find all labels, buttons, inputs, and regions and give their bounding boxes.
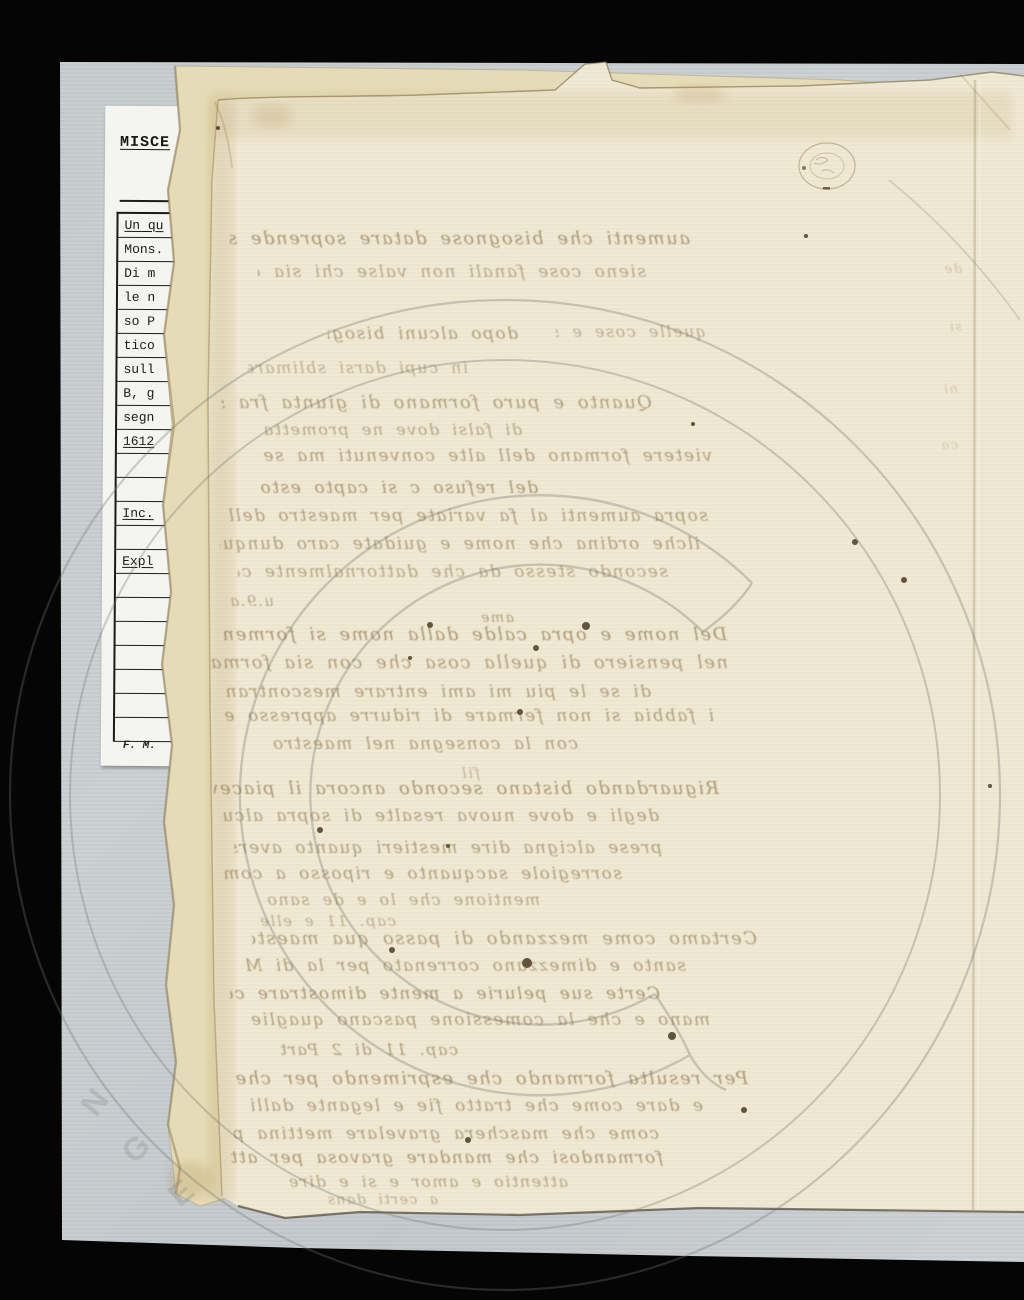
ink-spot — [804, 234, 808, 238]
photo-stage: MISCE Un quMons.Di mle nso PticosullB, g… — [0, 0, 1024, 1300]
stain-blob — [168, 1162, 212, 1198]
ink-spot — [408, 656, 412, 660]
ink-spot — [988, 784, 992, 788]
laid-paper-texture — [208, 62, 1024, 1218]
ink-spot — [582, 622, 590, 630]
ink-spot — [668, 1032, 676, 1040]
stain-blob — [252, 104, 292, 128]
ink-spot — [389, 947, 395, 953]
ink-spot — [517, 709, 523, 715]
left-fold-shadow — [208, 100, 234, 1200]
stain-blob — [674, 85, 726, 103]
ink-spot — [901, 577, 907, 583]
ink-spot — [216, 126, 220, 130]
ink-spot — [446, 844, 450, 848]
ink-spot — [533, 645, 539, 651]
top-stain-band — [212, 92, 1012, 138]
ink-spot — [522, 958, 532, 968]
ink-spot — [317, 827, 323, 833]
ink-spot — [852, 539, 858, 545]
ink-spot — [465, 1137, 471, 1143]
ink-spot — [427, 622, 433, 628]
manuscript-sheets — [0, 0, 1024, 1300]
ink-spot — [741, 1107, 747, 1113]
ink-spot — [691, 422, 695, 426]
